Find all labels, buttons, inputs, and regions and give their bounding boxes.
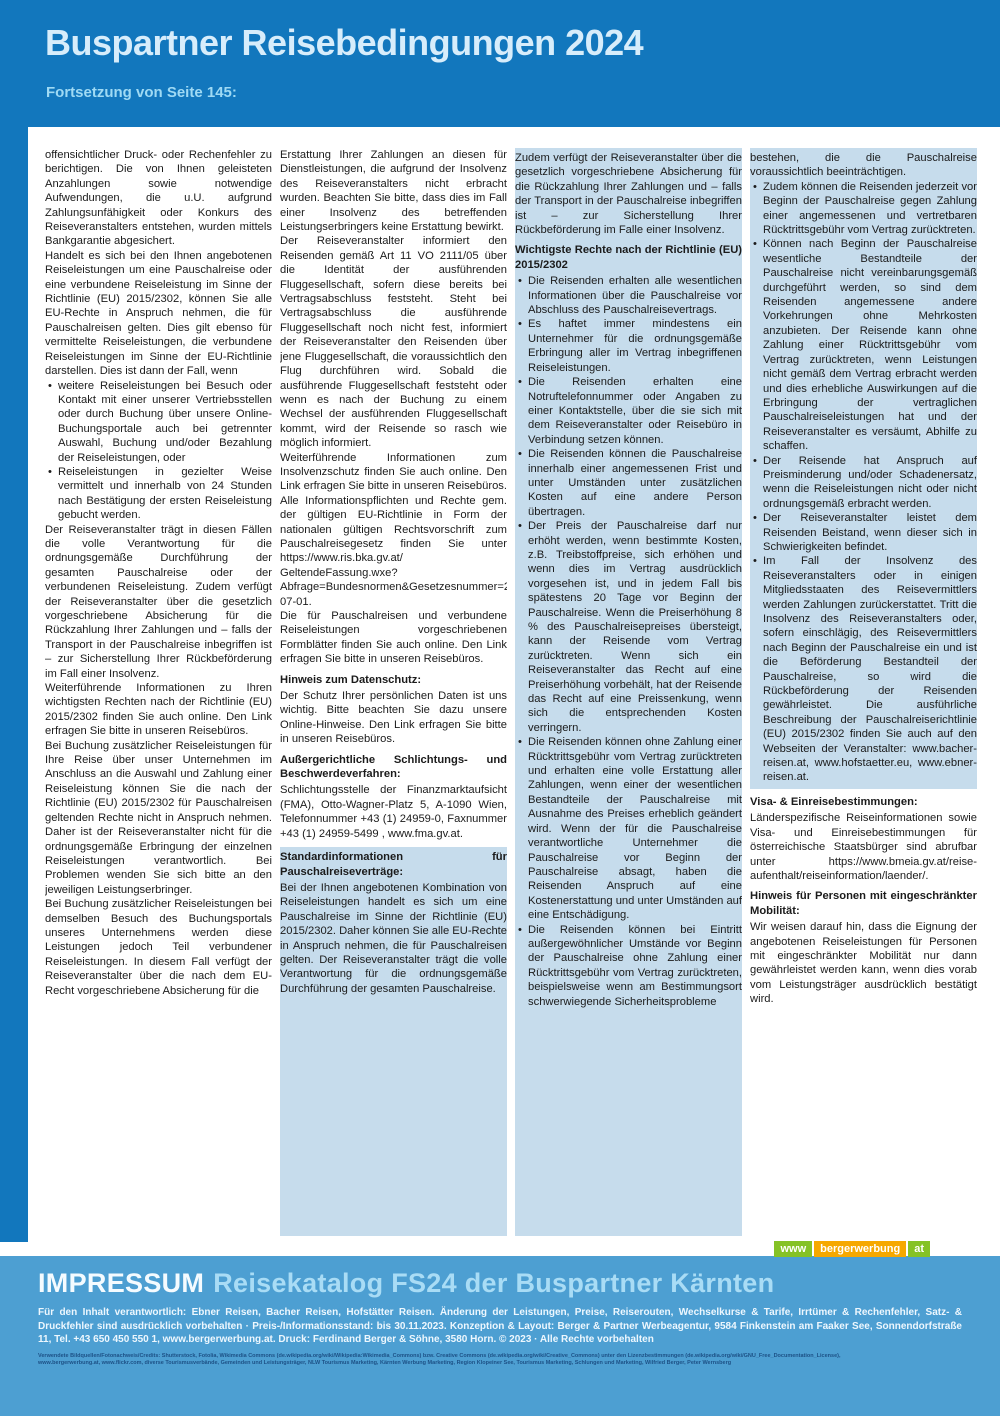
paragraph: offensichtlicher Druck- oder Rechenfehle… xyxy=(45,148,272,249)
impressum-footer: www bergerwerbung at IMPRESSUMReisekatal… xyxy=(0,1256,1000,1416)
paragraph: Wir weisen darauf hin, dass die Eignung … xyxy=(750,920,977,1006)
paragraph: Handelt es sich bei den Ihnen angebotene… xyxy=(45,249,272,379)
highlighted-info-box: bestehen, die die Pauschalreise voraussi… xyxy=(750,148,977,789)
paragraph: Schlichtungsstelle der Finanzmarktaufsic… xyxy=(280,783,507,841)
page-header: Buspartner Reisebedingungen 2024 Fortset… xyxy=(0,0,1000,127)
highlighted-info-box: Standardinformationen für Pauschalreisev… xyxy=(280,847,507,1236)
paragraph: Weiterführende Informationen zum Insolve… xyxy=(280,451,507,494)
impressum-heading: IMPRESSUMReisekatalog FS24 der Buspartne… xyxy=(38,1268,962,1299)
text-column-2: Erstattung Ihrer Zahlungen an diesen für… xyxy=(280,148,507,1236)
catalog-page: Buspartner Reisebedingungen 2024 Fortset… xyxy=(0,0,1000,1416)
bullet-item: Die Reisenden erhalten alle wesentlichen… xyxy=(515,274,742,317)
bullet-item: Der Preis der Pauschalreise darf nur erh… xyxy=(515,519,742,735)
section-heading: Außergerichtliche Schlichtungs- und Besc… xyxy=(280,753,507,782)
section-heading: Visa- & Einreisebestimmungen: xyxy=(750,795,977,809)
bullet-item: Die Reisenden erhalten eine Notruftelefo… xyxy=(515,375,742,447)
impressum-legal-text: Für den Inhalt verantwortlich: Ebner Rei… xyxy=(38,1306,962,1347)
badge-at: at xyxy=(908,1241,930,1257)
paragraph: Länderspezifische Reiseinformationen sow… xyxy=(750,811,977,883)
badge-name: bergerwerbung xyxy=(814,1241,906,1257)
badge-www: www xyxy=(774,1241,812,1257)
text-column-3: Zudem verfügt der Reiseveranstalter über… xyxy=(515,148,742,1236)
highlighted-info-box: Zudem verfügt der Reiseveranstalter über… xyxy=(515,148,742,1236)
paragraph: Erstattung Ihrer Zahlungen an diesen für… xyxy=(280,148,507,234)
paragraph: Bei der Ihnen angebotenen Kombination vo… xyxy=(280,881,507,996)
paragraph: Bei Buchung zusätzlicher Reiseleistungen… xyxy=(45,739,272,897)
bullet-item: Es haftet immer mindestens ein Unternehm… xyxy=(515,317,742,375)
left-accent-bar xyxy=(0,127,28,1242)
bullet-item: Die Reisenden können bei Eintritt außerg… xyxy=(515,923,742,1009)
bullet-item: Können nach Beginn der Pauschalreise wes… xyxy=(750,237,977,453)
paragraph: Alle Informationspflichten und Rechte ge… xyxy=(280,494,507,609)
bullet-item: Im Fall der Insolvenz des Reiseveranstal… xyxy=(750,554,977,785)
impressum-title: Reisekatalog FS24 der Buspartner Kärnten xyxy=(213,1268,774,1298)
paragraph: Der Reiseveranstalter informiert den Rei… xyxy=(280,234,507,450)
section-heading: Wichtigste Rechte nach der Richtlinie (E… xyxy=(515,243,742,272)
terms-text-columns: offensichtlicher Druck- oder Rechenfehle… xyxy=(45,148,977,1236)
section-heading: Hinweis zum Datenschutz: xyxy=(280,673,507,687)
paragraph: bestehen, die die Pauschalreise voraussi… xyxy=(750,151,977,180)
bullet-item: Die Reisenden können ohne Zahlung einer … xyxy=(515,735,742,922)
paragraph: Der Reiseveranstalter trägt in diesen Fä… xyxy=(45,523,272,681)
paragraph: Bei Buchung zusätzlicher Reiseleistungen… xyxy=(45,897,272,998)
paragraph: Weiterführende Informationen zu Ihren wi… xyxy=(45,681,272,739)
section-heading: Standardinformationen für Pauschalreisev… xyxy=(280,850,507,879)
bullet-item: Zudem können die Reisenden jederzeit vor… xyxy=(750,180,977,238)
text-column-4: bestehen, die die Pauschalreise voraussi… xyxy=(750,148,977,1236)
text-column-1: offensichtlicher Druck- oder Rechenfehle… xyxy=(45,148,272,1236)
bullet-item: Der Reisende hat Anspruch auf Preisminde… xyxy=(750,454,977,512)
bullet-item: weitere Reiseleistungen bei Besuch oder … xyxy=(45,379,272,465)
photo-credits-text: Verwendete Bildquellen/Fotonachweis/Cred… xyxy=(38,1353,870,1367)
bergerwerbung-badge: www bergerwerbung at xyxy=(774,1241,930,1257)
paragraph: Zudem verfügt der Reiseveranstalter über… xyxy=(515,151,742,237)
bullet-item: Der Reiseveranstalter leistet dem Reisen… xyxy=(750,511,977,554)
paragraph: Der Schutz Ihrer persönlichen Daten ist … xyxy=(280,689,507,747)
bullet-item: Reiseleistungen in gezielter Weise vermi… xyxy=(45,465,272,523)
paragraph: Die für Pauschalreisen und verbundene Re… xyxy=(280,609,507,667)
page-subtitle: Fortsetzung von Seite 145: xyxy=(46,84,237,101)
bullet-item: Die Reisenden können die Pauschalreise i… xyxy=(515,447,742,519)
impressum-label: IMPRESSUM xyxy=(38,1268,204,1298)
section-heading: Hinweis für Personen mit eingeschränkter… xyxy=(750,889,977,918)
page-title: Buspartner Reisebedingungen 2024 xyxy=(45,22,643,64)
